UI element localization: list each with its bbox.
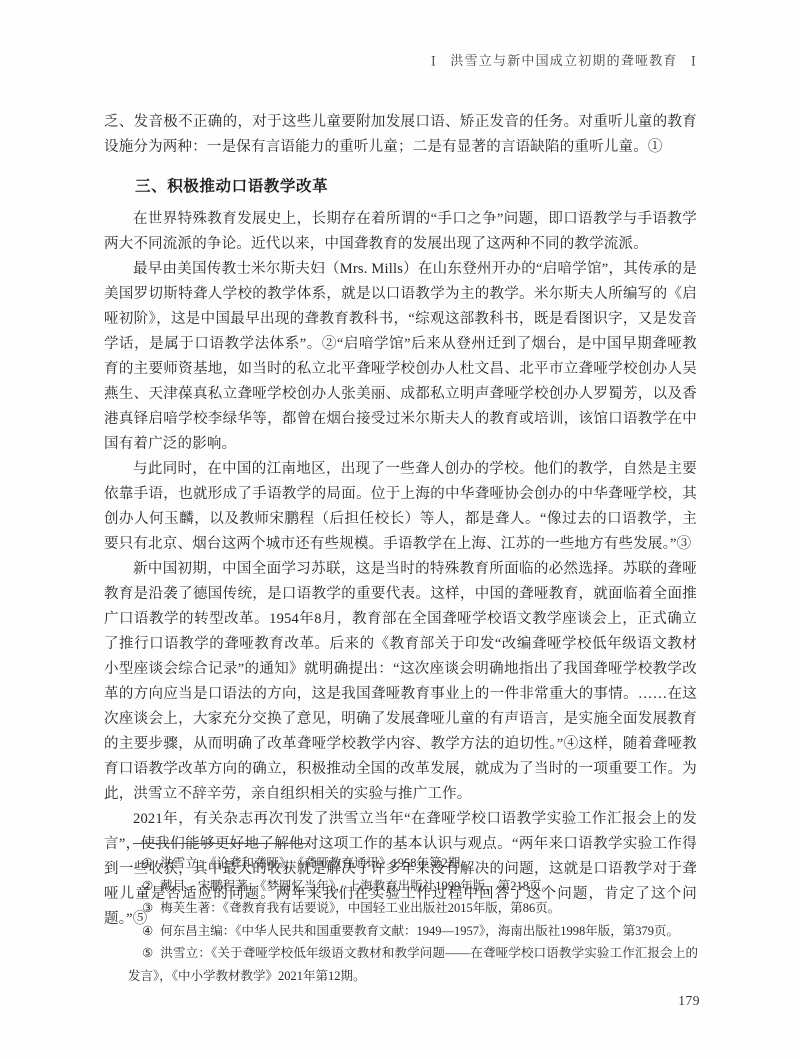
page-number: 179: [678, 993, 700, 1009]
footnotes-section: ①洪雪立：《论聋和聋哑》，《聋哑教育通讯》1958年第2期。 ②戴目、宋鹏程著：…: [104, 843, 698, 987]
page-body: 乏、发音极不正确的，对于这些儿童要附加发展口语、矫正发音的任务。对重听儿童的教育…: [104, 110, 697, 932]
footnote-marker: ③: [142, 901, 153, 915]
footnote-marker: ①: [142, 856, 153, 870]
footnote-1: ①洪雪立：《论聋和聋哑》，《聋哑教育通讯》1958年第2期。: [104, 852, 698, 875]
footnote-text: 戴目、宋鹏程著：《梦圆忆当年》，上海教育出版社1999年版，第218页。: [160, 879, 554, 893]
footnote-marker: ④: [142, 924, 153, 938]
footnote-text: 洪雪立：《论聋和聋哑》，《聋哑教育通讯》1958年第2期。: [160, 856, 473, 870]
footnote-text: 洪雪立：《关于聋哑学校低年级语文教材和教学问题——在聋哑学校口语教学实验工作汇报…: [128, 946, 698, 983]
header-bar-right-icon: Ⅰ: [691, 53, 697, 70]
paragraph: 与此同时，在中国的江南地区，出现了一些聋人创办的学校。他们的教学，自然是主要依靠…: [104, 457, 697, 557]
header-title: 洪雪立与新中国成立初期的聋哑教育: [450, 53, 677, 68]
paragraph-continuation: 乏、发音极不正确的，对于这些儿童要附加发展口语、矫正发音的任务。对重听儿童的教育…: [104, 110, 697, 160]
footnote-text: 梅芙生著：《聋教育我有话要说》，中国轻工业出版社2015年版，第86页。: [160, 901, 560, 915]
footnote-marker: ②: [142, 879, 153, 893]
section-heading: 三、积极推动口语教学改革: [104, 174, 697, 196]
footnote-marker: ⑤: [142, 946, 153, 960]
footnote-2: ②戴目、宋鹏程著：《梦圆忆当年》，上海教育出版社1999年版，第218页。: [104, 875, 698, 898]
footnote-divider: [133, 843, 309, 844]
footnote-3: ③梅芙生著：《聋教育我有话要说》，中国轻工业出版社2015年版，第86页。: [104, 897, 698, 920]
paragraph: 新中国初期，中国全面学习苏联，这是当时的特殊教育所面临的必然选择。苏联的聋哑教育…: [104, 557, 697, 807]
paragraph: 在世界特殊教育发展史上，长期存在着所谓的“手口之争”问题，即口语教学与手语教学两…: [104, 207, 697, 257]
footnote-text: 何东昌主编：《中华人民共和国重要教育文献：1949—1957》，海南出版社199…: [160, 924, 679, 938]
footnote-4: ④何东昌主编：《中华人民共和国重要教育文献：1949—1957》，海南出版社19…: [104, 920, 698, 943]
document-page: Ⅰ 洪雪立与新中国成立初期的聋哑教育 Ⅰ 乏、发音极不正确的，对于这些儿童要附加…: [0, 0, 800, 1059]
paragraph: 最早由美国传教士米尔斯夫妇（Mrs. Mills）在山东登州开办的“启喑学馆”，…: [104, 257, 697, 457]
running-header: Ⅰ 洪雪立与新中国成立初期的聋哑教育 Ⅰ: [431, 50, 697, 69]
header-bar-left-icon: Ⅰ: [431, 53, 437, 70]
footnote-5: ⑤洪雪立：《关于聋哑学校低年级语文教材和教学问题——在聋哑学校口语教学实验工作汇…: [104, 942, 698, 987]
